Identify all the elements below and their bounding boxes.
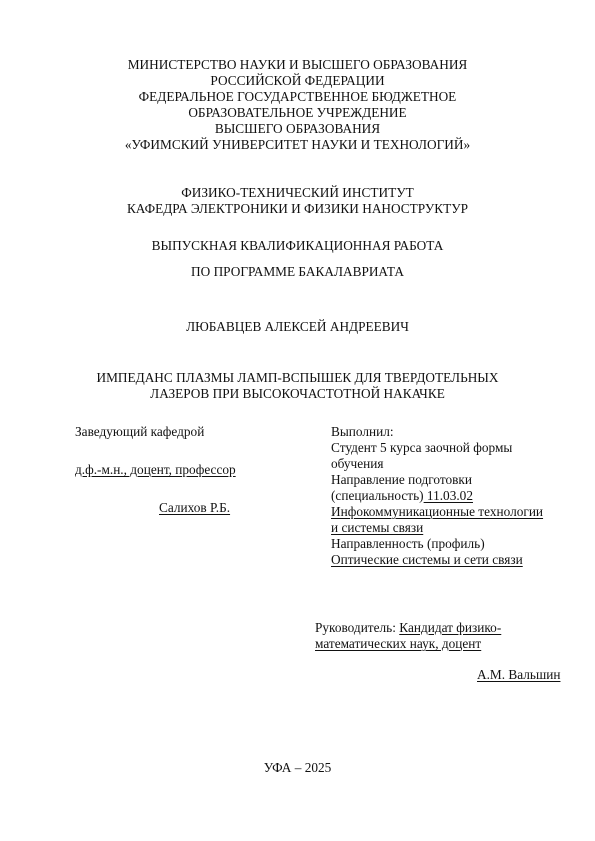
direction-name: Инфокоммуникационные технологии	[331, 504, 571, 520]
direction-label: Направление подготовки	[331, 472, 571, 488]
supervisor-degree: математических наук, доцент	[315, 636, 575, 652]
performer-block: Выполнил: Студент 5 курса заочной формы …	[331, 424, 571, 568]
ministry-line: ОБРАЗОВАТЕЛЬНОЕ УЧРЕЖДЕНИЕ	[0, 105, 595, 121]
direction-label-specialty: (специальность)	[331, 488, 424, 503]
profile-name: Оптические системы и сети связи	[331, 552, 571, 568]
ministry-line: РОССИЙСКОЙ ФЕДЕРАЦИИ	[0, 73, 595, 89]
thesis-topic: ИМПЕДАНС ПЛАЗМЫ ЛАМП-ВСПЫШЕК ДЛЯ ТВЕРДОТ…	[0, 370, 595, 402]
ministry-header: МИНИСТЕРСТВО НАУКИ И ВЫСШЕГО ОБРАЗОВАНИЯ…	[0, 57, 595, 153]
institute-name: ФИЗИКО-ТЕХНИЧЕСКИЙ ИНСТИТУТ	[0, 185, 595, 201]
supervisor-block: Руководитель: Кандидат физико- математич…	[315, 620, 575, 652]
ministry-line: МИНИСТЕРСТВО НАУКИ И ВЫСШЕГО ОБРАЗОВАНИЯ	[0, 57, 595, 73]
work-type: ВЫПУСКНАЯ КВАЛИФИКАЦИОННАЯ РАБОТА	[0, 238, 595, 254]
head-title: Заведующий кафедрой	[75, 424, 255, 440]
topic-line: ЛАЗЕРОВ ПРИ ВЫСОКОЧАСТОТНОЙ НАКАЧКЕ	[0, 386, 595, 402]
head-of-department-block: Заведующий кафедрой д.ф.-м.н., доцент, п…	[75, 424, 255, 516]
direction-code-row: (специальность) 11.03.02	[331, 488, 571, 504]
head-degree: д.ф.-м.н., доцент, профессор	[75, 462, 255, 478]
supervisor-name: А.М. Вальшин	[477, 667, 560, 683]
work-program: ПО ПРОГРАММЕ БАКАЛАВРИАТА	[0, 264, 595, 280]
city-year: УФА – 2025	[0, 760, 595, 776]
supervisor-row: Руководитель: Кандидат физико-	[315, 620, 575, 636]
topic-line: ИМПЕДАНС ПЛАЗМЫ ЛАМП-ВСПЫШЕК ДЛЯ ТВЕРДОТ…	[0, 370, 595, 386]
supervisor-label: Руководитель:	[315, 620, 399, 635]
author-name: ЛЮБАВЦЕВ АЛЕКСЕЙ АНДРЕЕВИЧ	[0, 319, 595, 335]
ministry-line: ВЫСШЕГО ОБРАЗОВАНИЯ	[0, 121, 595, 137]
university-name: «УФИМСКИЙ УНИВЕРСИТЕТ НАУКИ И ТЕХНОЛОГИЙ…	[0, 137, 595, 153]
ministry-line: ФЕДЕРАЛЬНОЕ ГОСУДАРСТВЕННОЕ БЮДЖЕТНОЕ	[0, 89, 595, 105]
head-name: Салихов Р.Б.	[159, 500, 255, 516]
department-name: КАФЕДРА ЭЛЕКТРОНИКИ И ФИЗИКИ НАНОСТРУКТУ…	[0, 201, 595, 217]
student-info: обучения	[331, 456, 571, 472]
supervisor-degree: Кандидат физико-	[399, 620, 501, 635]
direction-name: и системы связи	[331, 520, 571, 536]
direction-code: 11.03.02	[424, 488, 473, 503]
profile-label: Направленность (профиль)	[331, 536, 571, 552]
performer-label: Выполнил:	[331, 424, 571, 440]
institute-block: ФИЗИКО-ТЕХНИЧЕСКИЙ ИНСТИТУТ КАФЕДРА ЭЛЕК…	[0, 185, 595, 217]
student-info: Студент 5 курса заочной формы	[331, 440, 571, 456]
